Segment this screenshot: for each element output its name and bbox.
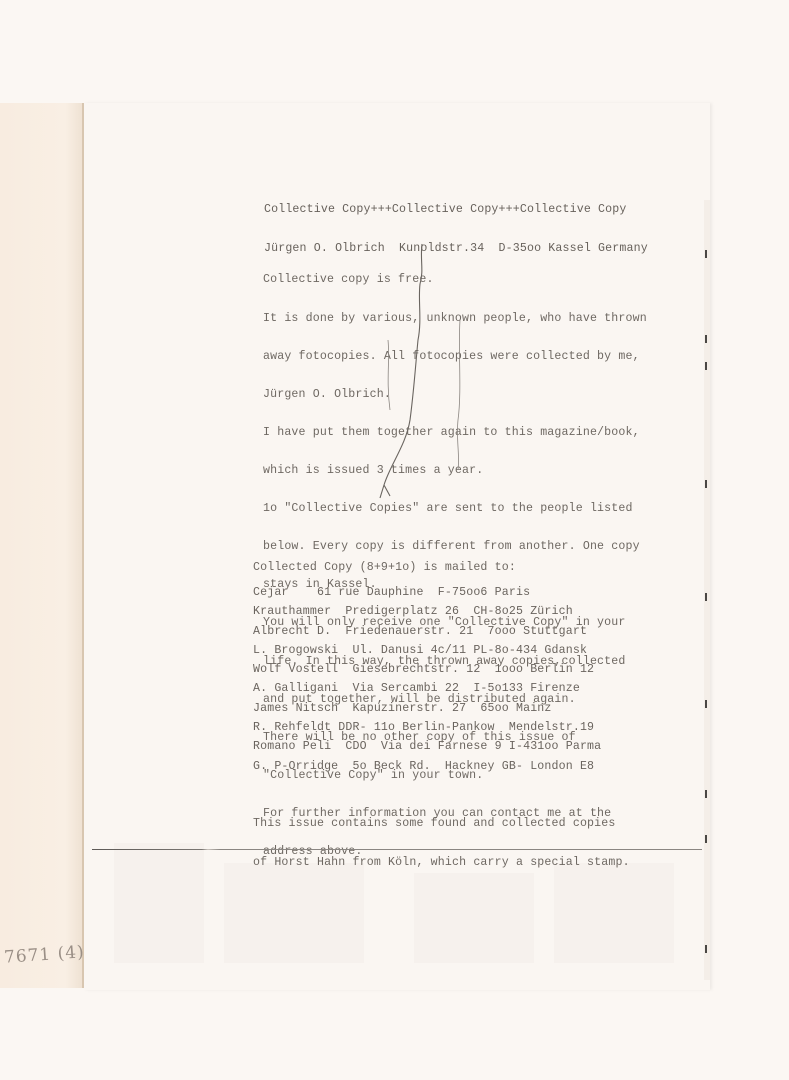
recipient-row: Romano Peli CDO Via dei Farnese 9 I-431o… xyxy=(253,740,601,759)
edge-mark xyxy=(705,593,707,601)
recipient-row: James Nitsch Kapuzinerstr. 27 65oo Mainz xyxy=(253,702,601,721)
recipient-list: Cejar 61 rue Dauphine F-75oo6 Paris Krau… xyxy=(253,586,601,779)
header-line: Collective Copy+++Collective Copy+++Coll… xyxy=(264,204,648,217)
footer-line: of Horst Hahn from Köln, which carry a s… xyxy=(253,857,630,870)
recipient-row: Wolf Vostell Giesebrechtstr. 12 1ooo Ber… xyxy=(253,663,601,682)
edge-mark xyxy=(705,480,707,488)
edge-mark xyxy=(705,945,707,953)
footer-line: This issue contains some found and colle… xyxy=(253,818,630,831)
recipient-row: G. P-Orridge 5o Beck Rd. Hackney GB- Lon… xyxy=(253,760,601,779)
edge-mark xyxy=(705,700,707,708)
divider-line xyxy=(92,849,702,850)
recipient-row: Krauthammer Predigerplatz 26 CH-8o25 Zür… xyxy=(253,605,601,624)
edge-mark xyxy=(705,335,707,343)
mailing-title: Collected Copy (8+9+1o) is mailed to: xyxy=(253,562,516,575)
page-edge xyxy=(704,200,710,980)
pen-scribble-icon xyxy=(360,240,480,510)
edge-mark xyxy=(705,790,707,798)
recipient-row: R. Rehfeldt DDR- 11o Berlin-Pankow Mende… xyxy=(253,721,601,740)
recipient-row: Albrecht D. Friedenauerstr. 21 7ooo Stut… xyxy=(253,625,601,644)
edge-mark xyxy=(705,835,707,843)
recipient-row: A. Galligani Via Sercambi 22 I-5o133 Fir… xyxy=(253,682,601,701)
recipient-row: L. Brogowski Ul. Danusi 4c/11 PL-8o-434 … xyxy=(253,644,601,663)
edge-mark xyxy=(705,250,707,258)
edge-mark xyxy=(705,362,707,370)
footer-note: This issue contains some found and colle… xyxy=(253,793,630,882)
body-line: below. Every copy is different from anot… xyxy=(263,541,647,554)
back-page xyxy=(0,103,84,988)
recipient-row: Cejar 61 rue Dauphine F-75oo6 Paris xyxy=(253,586,601,605)
